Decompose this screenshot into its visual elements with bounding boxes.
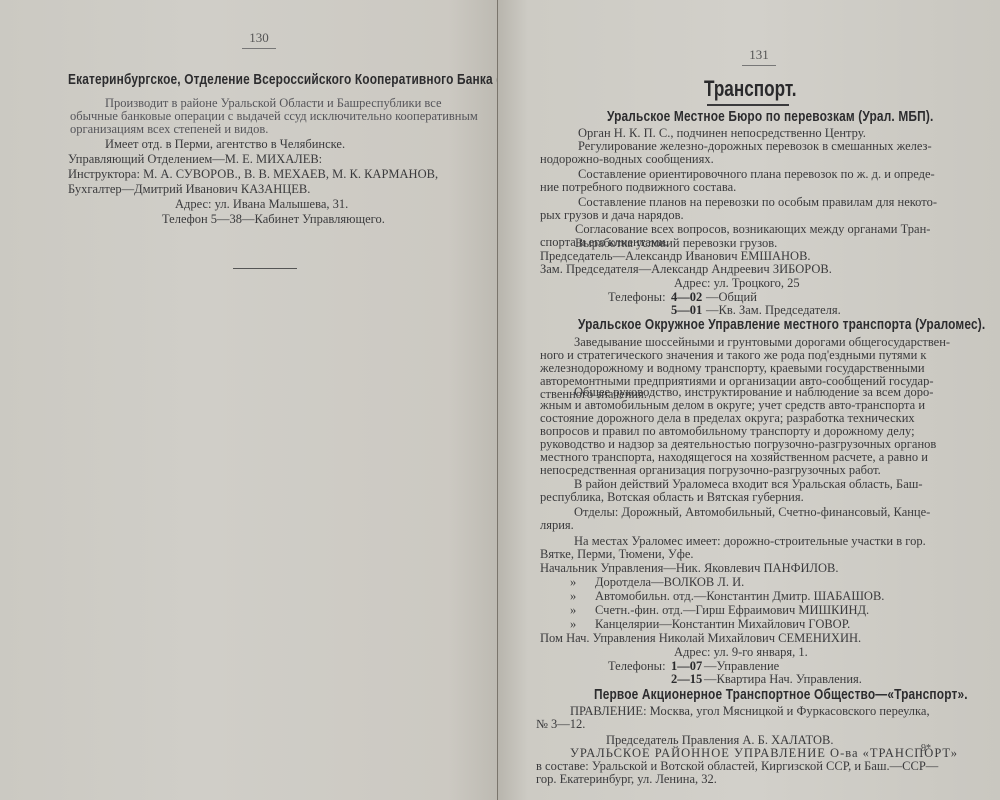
text-line: На местах Ураломес имеет: дорожно-строит… [574, 534, 926, 548]
book-spread: 130 Екатеринбургское, Отделение Всеросси… [0, 0, 1000, 800]
staff-line: » Счетн.-фин. отд.—Гирш Ефраимович МИШКИ… [570, 603, 869, 617]
assistant-head-line: Пом Нач. Управления Николай Михайлович С… [540, 631, 861, 645]
left-page: 130 Екатеринбургское, Отделение Всеросси… [0, 0, 498, 800]
signature-mark: 9* [921, 743, 931, 754]
uralomes-phone-desc: —Квартира Нач. Управления. [704, 672, 862, 686]
staff-line: » Канцелярии—Константин Михайлович ГОВОР… [570, 617, 850, 631]
section-divider [233, 268, 297, 269]
page-number-left: 130 [229, 30, 289, 49]
staff-manager: Управляющий Отделением—М. Е. МИХАЛЕВ: [68, 152, 322, 166]
text-line: Орган Н. К. П. С., подчинен непосредстве… [578, 126, 866, 140]
text-line: УРАЛЬСКОЕ РАЙОННОЕ УПРАВЛЕНИЕ О-ва «ТРАН… [570, 746, 958, 760]
text-line: состояние дорожного дела в пределах окру… [540, 411, 915, 425]
section-title-mbp: Уральское Местное Бюро по перевозкам (Ур… [607, 110, 933, 124]
uralomes-phone-number: 1—07 [671, 659, 702, 673]
text-line: местного транспорта, находящегося на хоз… [540, 450, 928, 464]
page-number-right: 131 [729, 47, 789, 66]
text-line: Отделы: Дорожный, Автомобильный, Счетно-… [574, 505, 930, 519]
text-line: республика, Вотская область и Вятская гу… [540, 490, 804, 504]
text-line: Вятке, Перми, Тюмени, Уфе. [540, 547, 694, 561]
uralomes-phone-number: 2—15 [671, 672, 702, 686]
text-line: Председатель Правления А. Б. ХАЛАТОВ. [606, 733, 834, 747]
section-title-transport-company: Первое Акционерное Транспортное Общество… [594, 688, 968, 702]
text-line: Составление ориентировочного плана перев… [578, 167, 935, 181]
text-line: вопросов и правил по автомобильному тран… [540, 424, 915, 438]
head-of-department-line: Начальник Управления—Ник. Яковлевич ПАНФ… [540, 561, 838, 575]
text-line: Согласование всех вопросов, возникающих … [575, 222, 930, 236]
text-line: № 3—12. [536, 717, 585, 731]
bank-paragraph: Производит в районе Уральской Области и … [105, 96, 442, 110]
mbp-phones-label: Телефоны: [608, 290, 666, 304]
text-line: непосредственная организация погрузочно-… [540, 463, 881, 477]
staff-line: » Автомобильн. отд.—Константин Дмитр. ША… [570, 589, 884, 603]
text-line: рых грузов и дача нарядов. [540, 208, 684, 222]
bank-address: Адрес: ул. Ивана Малышева, 31. [175, 197, 348, 211]
text-line: ние потребного подвижного состава. [540, 180, 736, 194]
text-line: нодорожно-водных сообщениях. [540, 152, 714, 166]
chapter-title: Транспорт. [704, 76, 797, 102]
bank-paragraph: организациям всех степеней и видов. [70, 122, 268, 136]
text-line: в составе: Уральской и Вотской областей,… [536, 759, 938, 773]
staff-accountant: Бухгалтер—Дмитрий Иванович КАЗАНЦЕВ. [68, 182, 310, 196]
text-line: В район действий Ураломеса входит вся Ур… [574, 477, 923, 491]
text-line: Выработка условий перевозки грузов. [575, 236, 777, 250]
mbp-phone-desc: —Кв. Зам. Председателя. [706, 303, 841, 317]
text-line: Заведывание шоссейными и грунтовыми доро… [574, 335, 950, 349]
section-title-bank: Екатеринбургское, Отделение Всероссийско… [68, 73, 571, 87]
text-line: гор. Екатеринбург, ул. Ленина, 32. [536, 772, 717, 786]
uralomes-address: Адрес: ул. 9-го января, 1. [674, 645, 808, 659]
staff-instructors: Инструктора: М. А. СУВОРОВ., В. В. МЕХАЕ… [68, 167, 438, 181]
mbp-phone-desc: —Общий [706, 290, 757, 304]
text-line: Регулирование железно-дорожных перевозок… [578, 139, 932, 153]
chairman-line: Председатель—Александр Иванович ЕМШАНОВ. [540, 249, 811, 263]
uralomes-phone-desc: —Управление [704, 659, 779, 673]
section-title-uralomes: Уральское Окружное Управление местного т… [578, 318, 985, 332]
deputy-chairman-line: Зам. Председателя—Александр Андреевич ЗИ… [540, 262, 832, 276]
uralomes-phones-label: Телефоны: [608, 659, 666, 673]
text-line: железнодорожному и водному транспорту, к… [540, 361, 925, 375]
text-line: ного и стратегического значения и такого… [540, 348, 926, 362]
text-line: ПРАВЛЕНИЕ: Москва, угол Мясницкой и Фурк… [570, 704, 930, 718]
staff-line: » Доротдела—ВОЛКОВ Л. И. [570, 575, 744, 589]
text-line: жным и автомобильным делом в округе; уче… [540, 398, 925, 412]
mbp-phone-number: 5—01 [671, 303, 702, 317]
bank-phone: Телефон 5—38—Кабинет Управляющего. [162, 212, 385, 226]
chapter-title-underline [707, 104, 789, 106]
text-line: Общее руководство, инструктирование и на… [574, 385, 933, 399]
text-line: Составление планов на перевозки по особы… [578, 195, 937, 209]
bank-paragraph: обычные банковые операции с выдачей ссуд… [70, 109, 478, 123]
text-line: руководство и надзор за деятельностью по… [540, 437, 936, 451]
text-line: лярия. [540, 518, 574, 532]
mbp-phone-number: 4—02 [671, 290, 702, 304]
bank-paragraph: Имеет отд. в Перми, агентство в Челябинс… [105, 137, 345, 151]
mbp-address: Адрес: ул. Троцкого, 25 [674, 276, 800, 290]
